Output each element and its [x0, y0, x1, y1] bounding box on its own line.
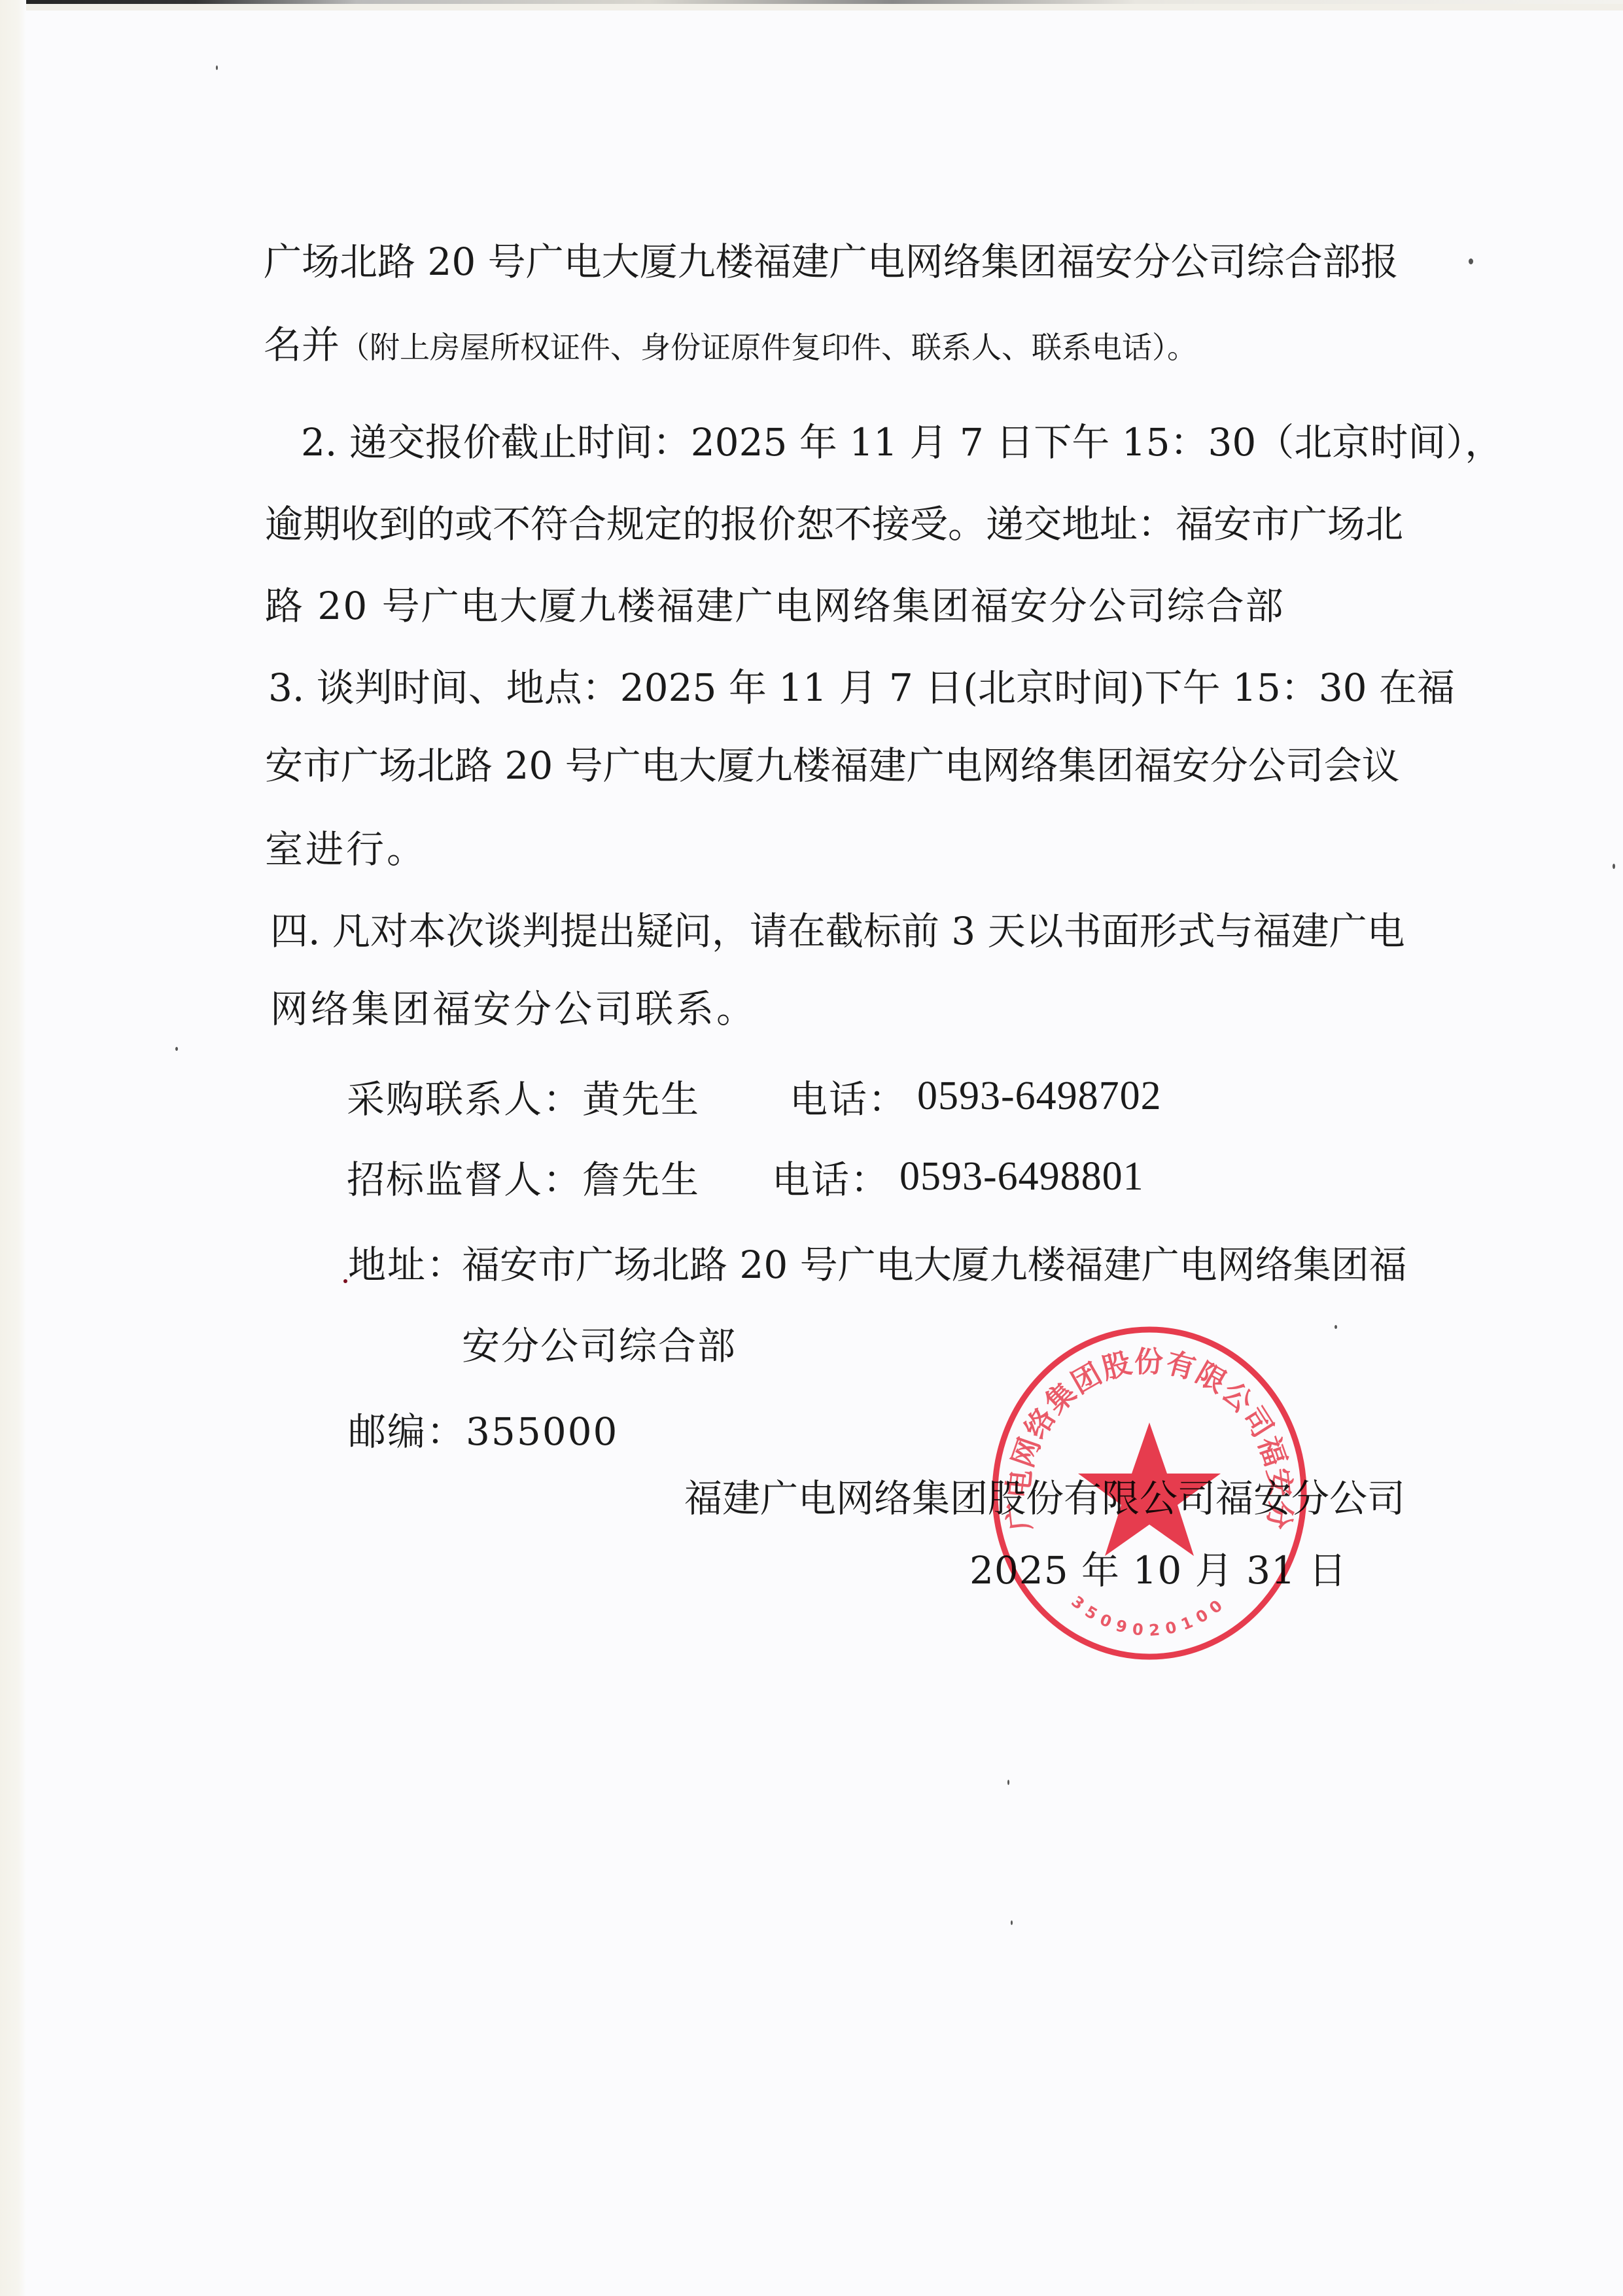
item-2-line-1: 2. 递交报价截止时间：2025 年 11 月 7 日下午 15：30（北京时间…: [301, 419, 1393, 465]
contact-supervisor-role: 招标监督人：: [347, 1157, 582, 1202]
scan-speck: [175, 1047, 178, 1051]
section-4-line-2: 网络集团福安分公司联系。: [270, 986, 757, 1032]
address-line-2: 安分公司综合部: [462, 1323, 737, 1369]
contact-supervisor: 招标监督人：詹先生: [347, 1157, 700, 1203]
scan-edge-strip: [0, 4, 1623, 10]
item-2-line-3: 路 20 号广电大厦九楼福建广电网络集团福安分公司综合部: [265, 583, 1285, 629]
contact-supervisor-phone-row: 电话：: [772, 1157, 890, 1203]
signature-date: 2025 年 10 月 31 日: [969, 1547, 1347, 1593]
address-label: 地址：: [348, 1242, 466, 1288]
scan-speck: [1011, 1920, 1013, 1925]
address-line-1: 福安市广场北路 20 号广电大厦九楼福建广电网络集团福: [462, 1242, 1393, 1288]
contact-purchase-phone-label: 电话：: [790, 1077, 907, 1122]
svg-text:3509020100: 3509020100: [1068, 1593, 1230, 1640]
contact-purchase-phone: 0593-6498702: [917, 1073, 1162, 1119]
contact-purchase: 采购联系人：黄先生: [347, 1076, 700, 1122]
contact-supervisor-name: 詹先生: [582, 1157, 700, 1202]
scan-speck: [216, 65, 218, 70]
item-3-line-2: 安市广场北路 20 号广电大厦九楼福建广电网络集团福安分公司会议: [265, 743, 1390, 788]
signature-company: 福建广电网络集团股份有限公司福安分公司: [684, 1475, 1400, 1521]
contact-supervisor-phone-label: 电话：: [772, 1157, 890, 1202]
body-line-2: 名并（附上房屋所权证件、身份证原件复印件、联系人、联系电话）。: [264, 322, 1197, 368]
contact-purchase-role: 采购联系人：: [347, 1077, 582, 1122]
section-4-line-1: 四. 凡对本次谈判提出疑问，请在截标前 3 天以书面形式与福建广电: [270, 908, 1390, 954]
scan-speck: [1613, 864, 1615, 869]
contact-supervisor-phone: 0593-6498801: [899, 1154, 1144, 1199]
contact-purchase-phone-row: 电话：: [790, 1076, 907, 1122]
item-2-line-2: 逾期收到的或不符合规定的报价恕不接受。递交地址：福安市广场北: [265, 501, 1393, 547]
scan-speck: [1335, 1325, 1337, 1329]
scan-left-margin: [0, 0, 26, 2296]
postcode-value: 355000: [466, 1409, 618, 1454]
registration-note: （附上房屋所权证件、身份证原件复印件、联系人、联系电话）。: [340, 330, 1197, 365]
scan-speck: [1469, 258, 1473, 264]
body-line-1: 广场北路 20 号广电大厦九楼福建广电网络集团福安分公司综合部报: [264, 239, 1390, 285]
postcode-label: 邮编：: [348, 1409, 466, 1454]
scan-speck: [343, 1279, 347, 1283]
scan-speck: [1007, 1780, 1009, 1785]
body-line-2-text: 名并: [264, 323, 340, 367]
postcode: 邮编：355000: [348, 1409, 618, 1455]
contact-purchase-name: 黄先生: [582, 1077, 700, 1122]
item-3-line-1: 3. 谈判时间、地点：2025 年 11 月 7 日(北京时间)下午 15：30…: [268, 665, 1386, 711]
item-3-line-3: 室进行。: [265, 826, 427, 872]
